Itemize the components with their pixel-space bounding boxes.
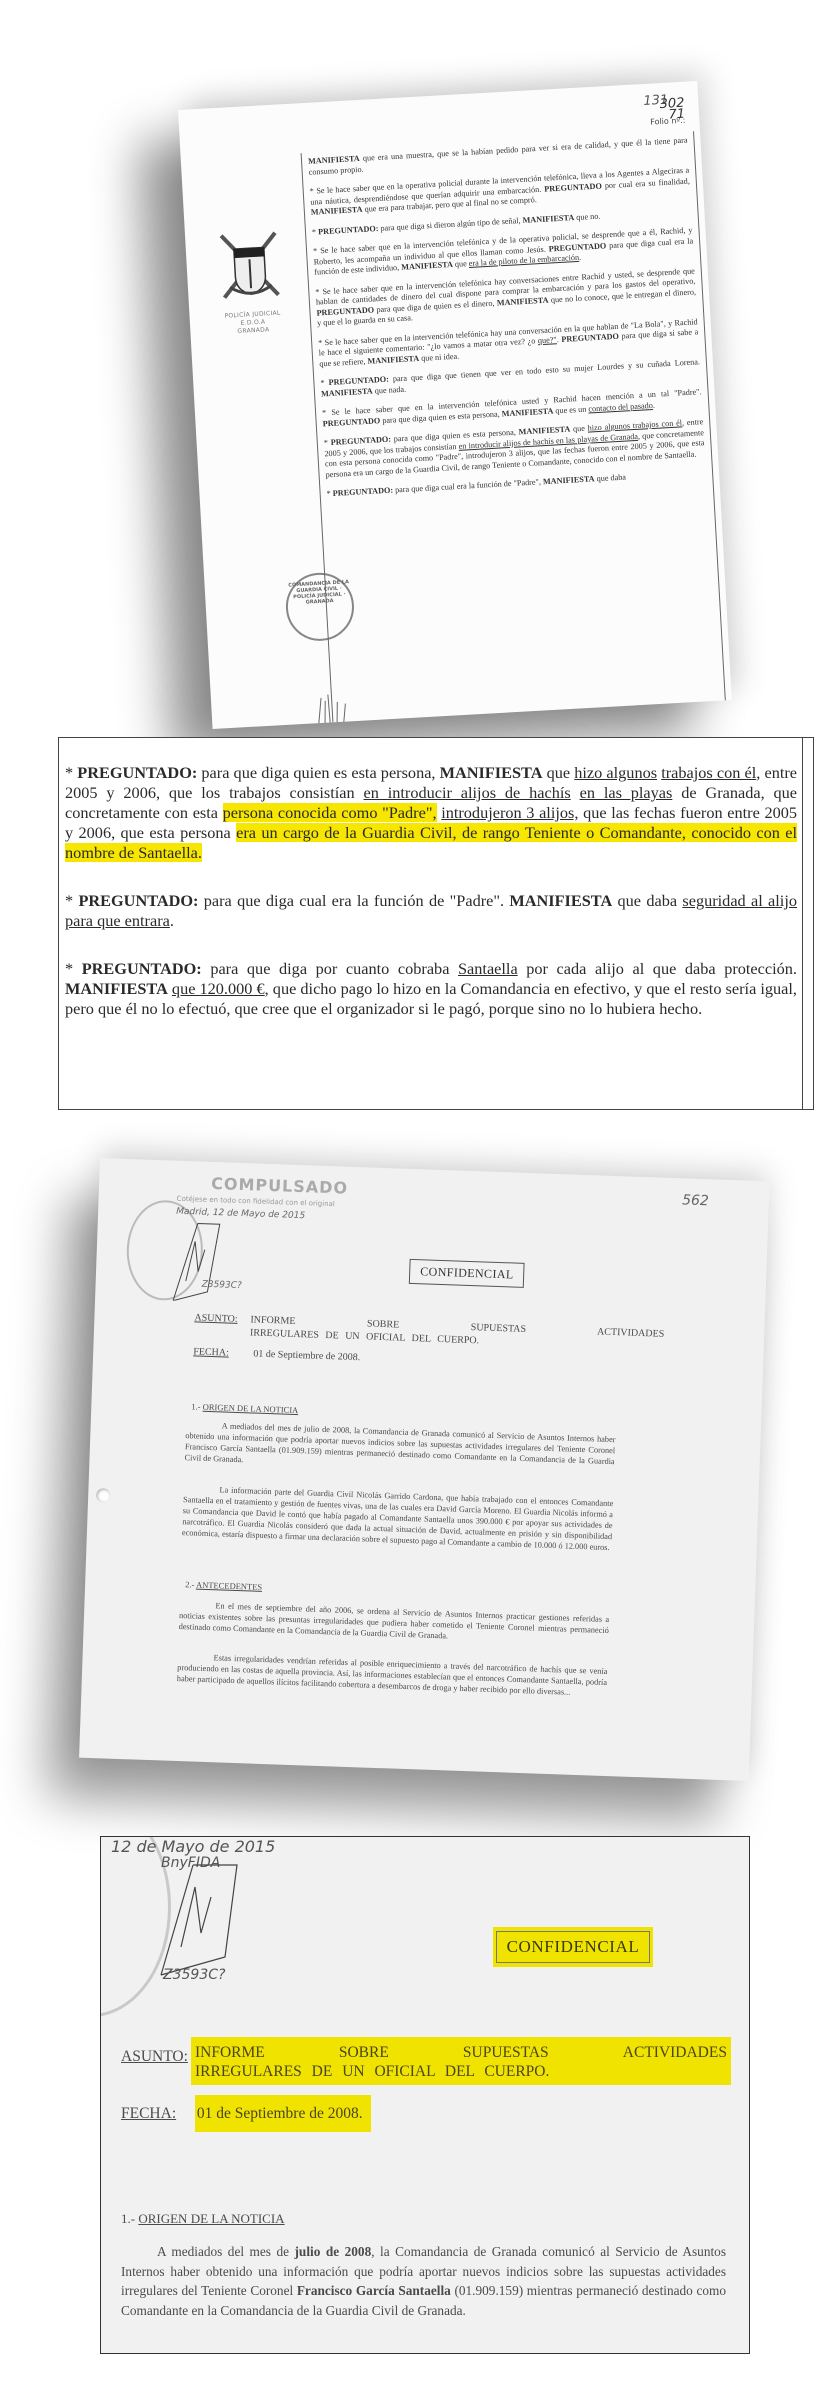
statement-paragraph: * PREGUNTADO: para que diga cual era la …: [65, 891, 797, 931]
bold-keyword: PREGUNTADO: [544, 181, 602, 193]
subject-line-2: IRREGULARES DE UN OFICIAL DEL CUERPO.: [195, 2062, 727, 2081]
guardia-civil-emblem-icon: [213, 224, 287, 308]
statement-body: MANIFIESTA que era una muestra, que se l…: [301, 131, 726, 722]
subject-value-highlight: INFORME SOBRE SUPUESTAS ACTIVIDADES IRRE…: [191, 2037, 731, 2085]
bold-keyword: PREGUNTADO:: [82, 959, 202, 978]
bold-keyword: MANIFIESTA: [543, 474, 595, 486]
section-2-paragraph: En el mes de septiembre del año 2006, se…: [179, 1599, 610, 1647]
bold-keyword: PREGUNTADO:: [78, 891, 198, 910]
section-2-paragraph: Estas irregularidades vendrían referidas…: [177, 1651, 608, 1699]
compulsado-subtitle: Cotéjese en todo con fidelidad con el or…: [176, 1195, 334, 1209]
bold-keyword: PREGUNTADO: [322, 416, 380, 428]
subject-block: ASUNTO: INFORME SOBRE SUPUESTAS ACTIVIDA…: [194, 1311, 665, 1353]
confidential-label: CONFIDENCIAL: [409, 1259, 525, 1288]
signature-id: Z3593C?: [163, 1967, 225, 1983]
bold-keyword: MANIFIESTA: [401, 260, 453, 272]
signature-icon: [141, 1857, 261, 1977]
underlined-text: que 120.000 €: [172, 979, 265, 998]
underlined-text: trabajos con él: [661, 763, 756, 782]
confidential-highlighted: CONFIDENCIAL: [493, 1927, 653, 1967]
report-excerpt-zoom: 12 de Mayo de 2015 BnyFIDA Z3593C? CONFI…: [100, 1836, 750, 2354]
margin-line: [802, 738, 803, 1109]
bold-keyword: MANIFIESTA: [501, 406, 553, 418]
bold-keyword: PREGUNTADO: [548, 241, 606, 253]
date-value: 01 de Septiembre de 2008.: [195, 2095, 371, 2132]
underlined-text: que?": [538, 335, 557, 345]
date-block-highlighted: FECHA: 01 de Septiembre de 2008.: [121, 2105, 371, 2123]
section-1-paragraph: La información parte del Guardia Civil N…: [182, 1483, 614, 1553]
statement-excerpt-zoom: * PREGUNTADO: para que diga quien es est…: [58, 737, 814, 1110]
bold-keyword: MANIFIESTA: [497, 295, 549, 307]
subject-block-highlighted: ASUNTO: INFORME SOBRE SUPUESTAS ACTIVIDA…: [121, 2037, 731, 2085]
bold-keyword: MANIFIESTA: [311, 205, 363, 217]
bold-keyword: Francisco García Santaella: [297, 2283, 451, 2298]
internal-affairs-report-page: COMPULSADO Cotéjese en todo con fidelida…: [79, 1158, 770, 1781]
subject-label: ASUNTO:: [194, 1311, 238, 1325]
underlined-text: introdujeron 3 alijos,: [441, 803, 578, 822]
statement-paragraph: * PREGUNTADO: para que diga por cuanto c…: [65, 959, 797, 1019]
folio-handwritten-numbers: 302 71: [659, 98, 685, 121]
section-1-paragraph: A mediados del mes de julio de 2008, la …: [121, 2242, 726, 2320]
folio-number: 302 71 Folio nº.:: [650, 116, 686, 127]
underlined-text: en introducir alijos de hachís: [364, 783, 571, 802]
handwritten-page-number: 562: [682, 1192, 709, 1209]
punch-hole: [96, 1488, 110, 1502]
excerpt-text: * PREGUNTADO: para que diga quien es est…: [65, 763, 797, 1019]
signature-id: Z3593C?: [201, 1280, 241, 1291]
date-block: FECHA: 01 de Septiembre de 2008.: [193, 1346, 360, 1363]
bold-keyword: PREGUNTADO:: [333, 486, 394, 498]
bold-keyword: MANIFIESTA: [367, 353, 419, 365]
underlined-text: hizo algunos: [574, 763, 657, 782]
section-1-paragraph: A mediados del mes de julio de 2008, la …: [184, 1419, 615, 1478]
section-2-heading: 2.- ANTECEDENTES: [185, 1579, 262, 1592]
section-1-heading: 1.- ORIGEN DE LA NOTICIA: [121, 2211, 285, 2227]
bold-keyword: PREGUNTADO: [561, 332, 619, 344]
unit-label: POLICÍA JUDICIAL E.D.O.A GRANADA: [207, 309, 298, 338]
highlighted-text: persona conocida como "Padre",: [223, 803, 437, 822]
bold-keyword: PREGUNTADO:: [77, 763, 197, 782]
compulsado-title: COMPULSADO: [211, 1174, 349, 1198]
date-label: FECHA:: [193, 1346, 229, 1358]
section-1-heading: 1.- ORIGEN DE LA NOTICIA: [191, 1401, 298, 1415]
subject-line-1: INFORME SOBRE SUPUESTAS ACTIVIDADES: [195, 2043, 727, 2062]
statement-paragraph: * PREGUNTADO: para que diga quien es est…: [65, 763, 797, 863]
underlined-text: contacto del pasado: [588, 400, 653, 413]
compulsado-date-fragment: 12 de Mayo de 2015: [111, 1837, 275, 1856]
scanned-statement-page: 131 302 71 Folio nº.: POLICÍA JUDICIAL E…: [178, 81, 732, 729]
underlined-text: Santaella: [458, 959, 518, 978]
underlined-text: en las playas: [580, 783, 673, 802]
date-label: FECHA:: [121, 2105, 191, 2123]
bold-keyword: MANIFIESTA: [65, 979, 168, 998]
date-value: 01 de Septiembre de 2008.: [253, 1348, 360, 1363]
bold-keyword: MANIFIESTA: [440, 763, 543, 782]
bold-keyword: MANIFIESTA: [522, 213, 574, 225]
bold-keyword: MANIFIESTA: [509, 891, 612, 910]
subject-label: ASUNTO:: [121, 2047, 188, 2066]
bold-keyword: PREGUNTADO:: [318, 224, 379, 236]
bold-keyword: julio de 2008: [295, 2244, 372, 2259]
bold-keyword: MANIFIESTA: [321, 386, 373, 398]
